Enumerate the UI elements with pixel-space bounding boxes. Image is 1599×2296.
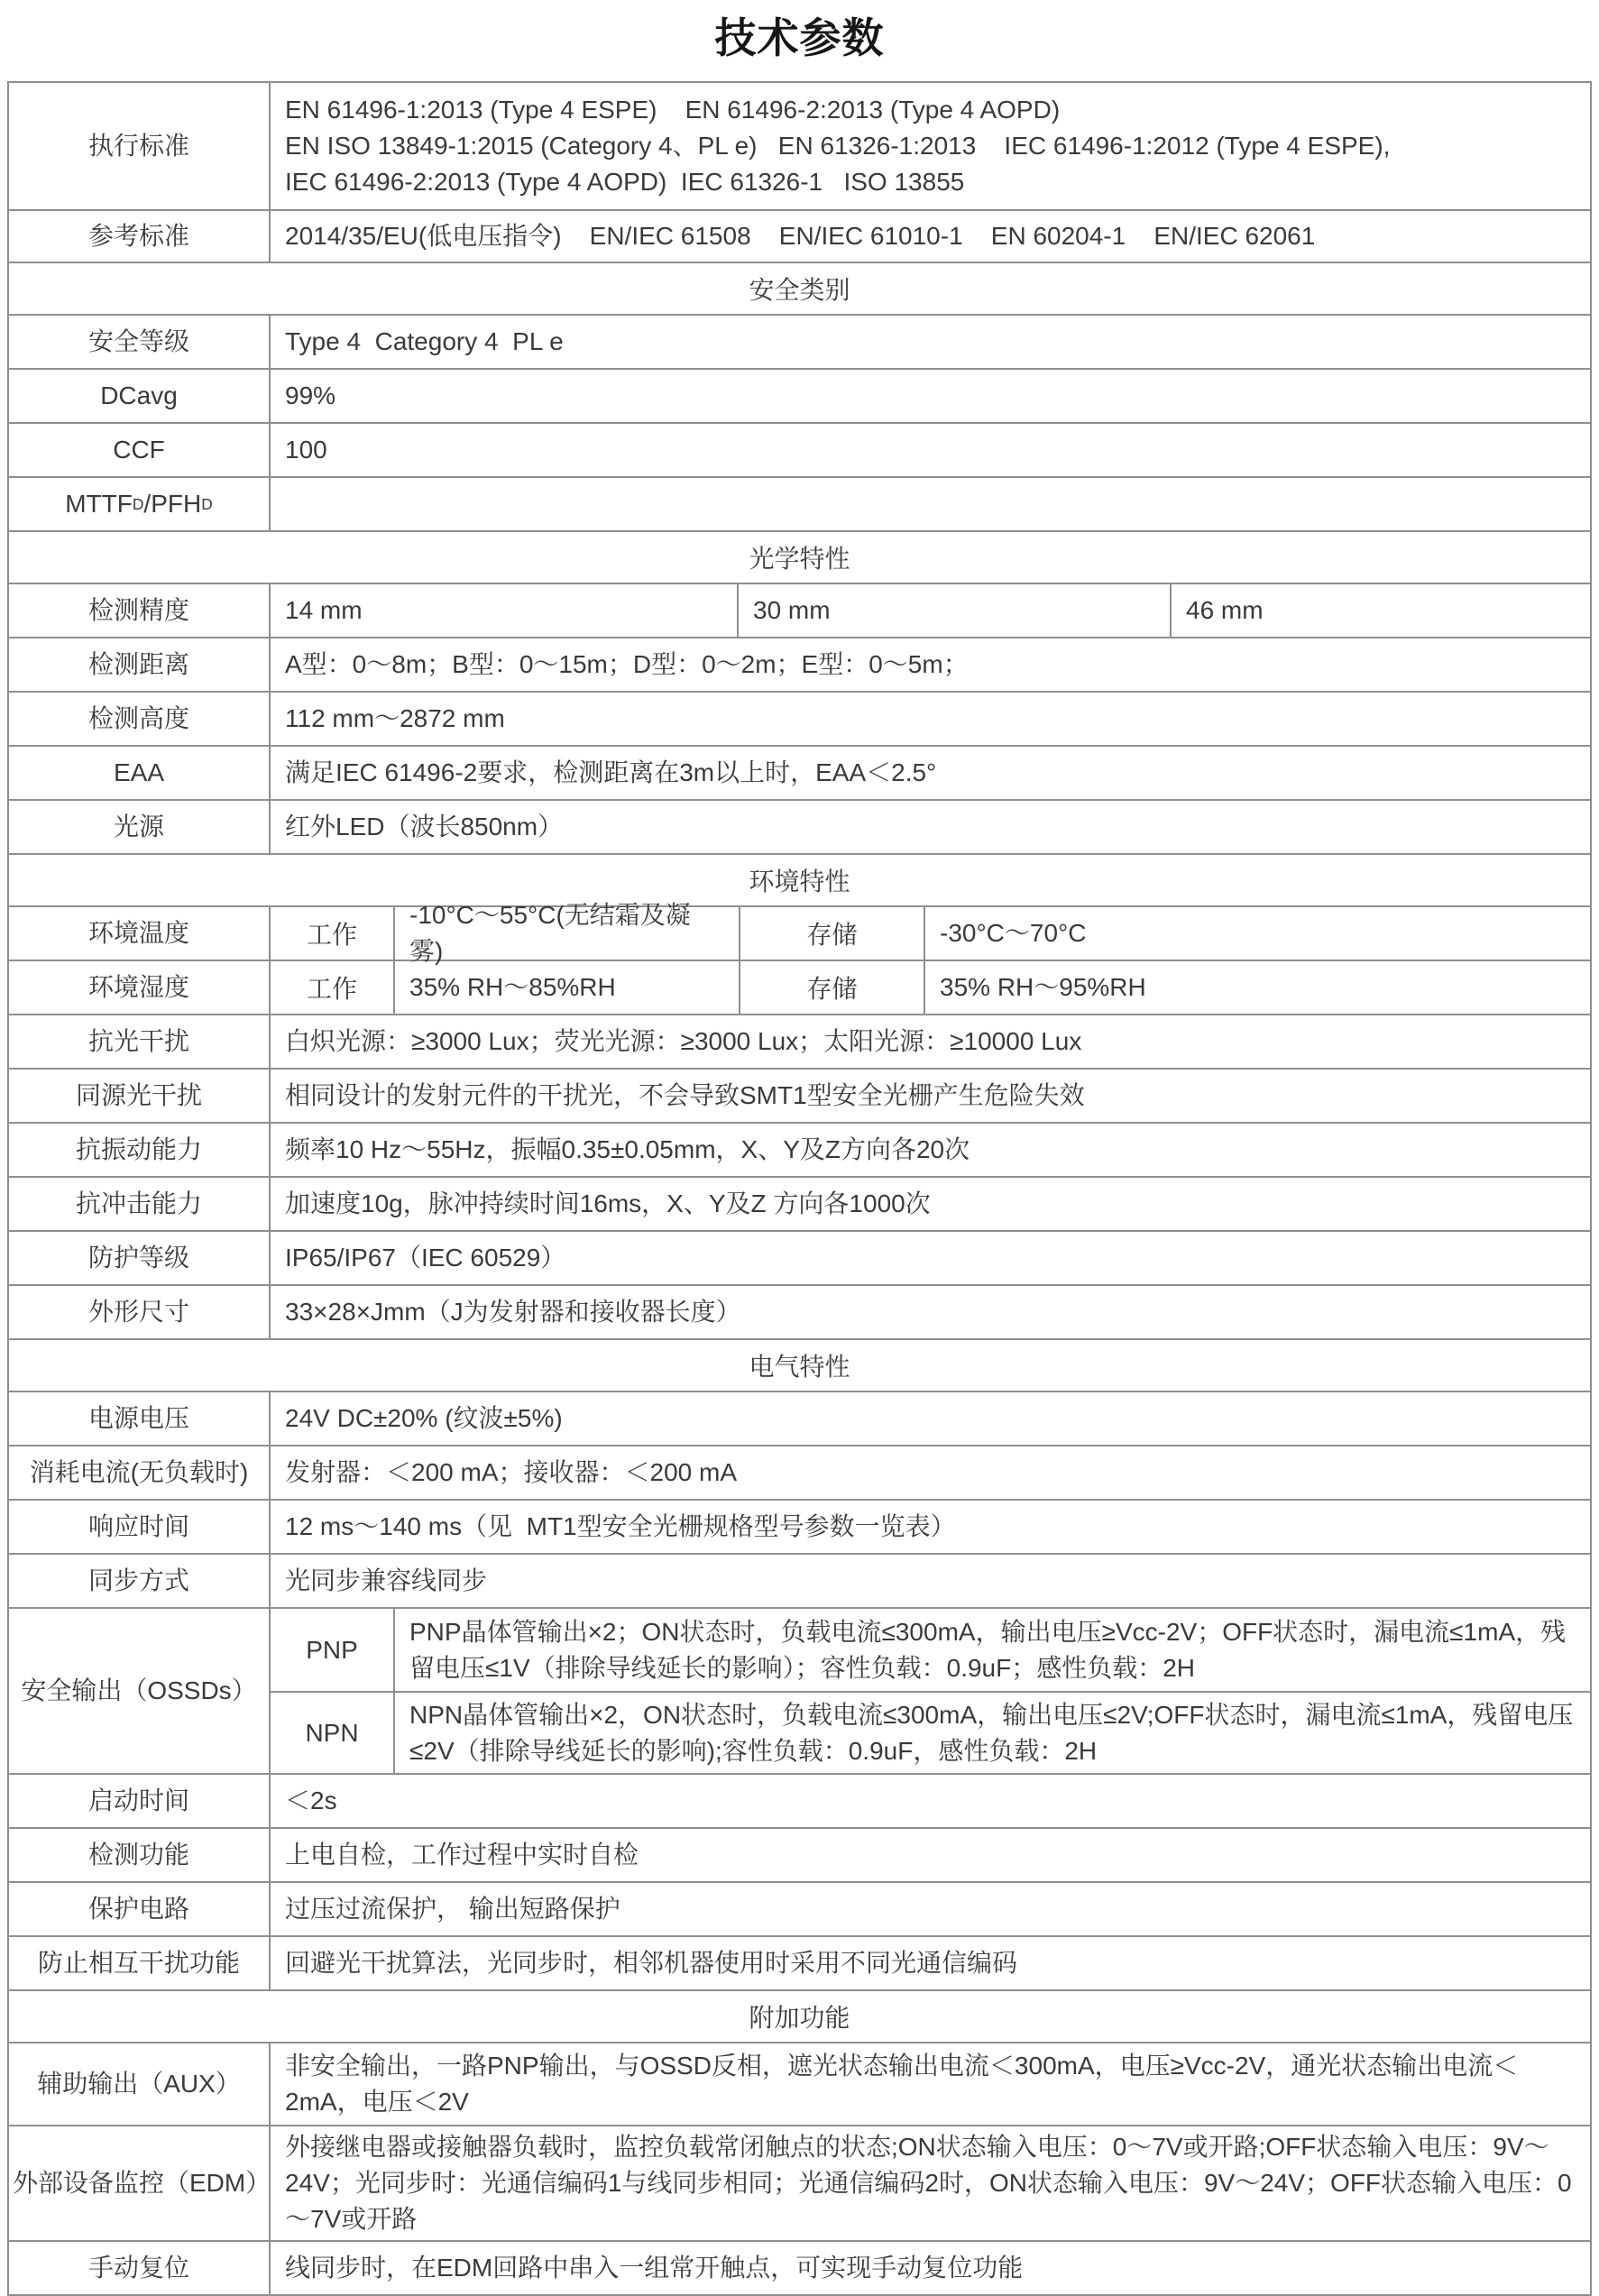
section-title: 光学特性 [9, 532, 1590, 583]
value-line: 24V DC±20% (纹波±5%) [285, 1401, 563, 1437]
value-line: A型：0～8m；B型：0～15m；D型：0～2m；E型：0～5m； [285, 647, 969, 683]
row-supply-voltage: 电源电压24V DC±20% (纹波±5%) [9, 1391, 1590, 1445]
section-title: 安全类别 [9, 263, 1590, 314]
row-safety-outputs: 安全输出（OSSDs）PNPPNP晶体管输出×2；ON状态时，负载电流≤300m… [9, 1607, 1590, 1773]
value-line: 过压过流保护， 输出短路保护 [285, 1891, 620, 1927]
value-line: 112 mm～2872 mm [285, 701, 505, 737]
row-value: 99% [271, 370, 1590, 422]
value-line: 红外LED（波长850nm） [285, 809, 563, 845]
row-value: 满足IEC 61496-2要求，检测距离在3m以上时，EAA＜2.5° [271, 747, 1590, 799]
value-line: 12 ms～140 ms（见 MT1型安全光栅规格型号参数一览表） [285, 1509, 956, 1545]
row-value: 回避光干扰算法，光同步时，相邻机器使用时采用不同光通信编码 [271, 1937, 1590, 1989]
row-label: 抗冲击能力 [9, 1178, 271, 1230]
subrow-value: PNP晶体管输出×2；ON状态时，负载电流≤300mA，输出电压≥Vcc-2V；… [395, 1609, 1590, 1691]
row-label: 安全等级 [9, 316, 271, 368]
row-value-storage: -30°C～70°C [925, 907, 1590, 960]
row-label: 保护电路 [9, 1883, 271, 1935]
value-line: 白炽光源：≥3000 Lux；荧光光源：≥3000 Lux；太阳光源：≥1000… [285, 1024, 1081, 1060]
value-line: 上电自检，工作过程中实时自检 [285, 1837, 639, 1873]
row-label: 检测高度 [9, 693, 271, 745]
row-mutual-interference-prevention: 防止相互干扰功能回避光干扰算法，光同步时，相邻机器使用时采用不同光通信编码 [9, 1935, 1590, 1989]
row-value: 100 [271, 424, 1590, 476]
row-reference-standards: 参考标准2014/35/EU(低电压指令) EN/IEC 61508 EN/IE… [9, 209, 1590, 262]
row-value: 频率10 Hz～55Hz，振幅0.35±0.05mm，X、Y及Z方向各20次 [271, 1124, 1590, 1176]
row-label: 辅助输出（AUX） [9, 2043, 271, 2125]
row-label: 光源 [9, 801, 271, 853]
row-protection-circuit: 保护电路过压过流保护， 输出短路保护 [9, 1881, 1590, 1935]
row-value: 过压过流保护， 输出短路保护 [271, 1883, 1590, 1935]
row-value: 非安全输出，一路PNP输出，与OSSD反相，遮光状态输出电流＜300mA，电压≥… [271, 2043, 1590, 2125]
section-title: 附加功能 [9, 1991, 1590, 2042]
row-value-work: 35% RH～85%RH [395, 961, 740, 1014]
spec-table: 执行标准EN 61496-1:2013 (Type 4 ESPE) EN 614… [7, 81, 1592, 2296]
row-label: 防止相互干扰功能 [9, 1937, 271, 1989]
row-value: IP65/IP67（IEC 60529） [271, 1232, 1590, 1284]
value-line: 加速度10g，脉冲持续时间16ms，X、Y及Z 方向各1000次 [285, 1186, 931, 1222]
row-label: 消耗电流(无负载时) [9, 1446, 271, 1499]
section-environment: 环境特性 [9, 853, 1590, 905]
row-label: 响应时间 [9, 1501, 271, 1553]
row-value: 外接继电器或接触器负载时，监控负载常闭触点的状态;ON状态输入电压：0～7V或开… [271, 2126, 1590, 2240]
row-label: 抗光干扰 [9, 1015, 271, 1068]
value-line: 发射器：＜200 mA；接收器：＜200 mA [285, 1455, 737, 1491]
row-value: 红外LED（波长850nm） [271, 801, 1590, 853]
value-line: 满足IEC 61496-2要求，检测距离在3m以上时，EAA＜2.5° [285, 755, 936, 791]
row-aux-output: 辅助输出（AUX）非安全输出，一路PNP输出，与OSSD反相，遮光状态输出电流＜… [9, 2042, 1590, 2125]
label-part: MTTF [65, 488, 133, 520]
value-line: 线同步时，在EDM回路中串入一组常开触点，可实现手动复位功能 [285, 2250, 1023, 2286]
row-label: 启动时间 [9, 1775, 271, 1827]
subrow-npn: NPNNPN晶体管输出×2，ON状态时，负载电流≤300mA，输出电压≤2V;O… [271, 1691, 1590, 1773]
row-ambient-humidity: 环境湿度工作35% RH～85%RH存储35% RH～95%RH [9, 960, 1590, 1014]
row-value: 发射器：＜200 mA；接收器：＜200 mA [271, 1446, 1590, 1499]
section-electrical: 电气特性 [9, 1338, 1590, 1391]
value-line: 33×28×Jmm（J为发射器和接收器长度） [285, 1294, 741, 1330]
row-light-source: 光源红外LED（波长850nm） [9, 799, 1590, 853]
row-value-col-1: 14 mm [271, 584, 739, 637]
row-label: 同源光干扰 [9, 1070, 271, 1122]
row-label: 抗振动能力 [9, 1124, 271, 1176]
row-detection-accuracy: 检测精度14 mm30 mm46 mm [9, 583, 1590, 637]
row-label: 安全输出（OSSDs） [9, 1609, 271, 1773]
subrow-value: NPN晶体管输出×2，ON状态时，负载电流≤300mA，输出电压≤2V;OFF状… [395, 1693, 1590, 1773]
row-value: 12 ms～140 ms（见 MT1型安全光栅规格型号参数一览表） [271, 1501, 1590, 1553]
row-label: 外部设备监控（EDM） [9, 2126, 271, 2240]
value-line: EN ISO 13849-1:2015 (Category 4、PL e) EN… [285, 128, 1390, 164]
row-shock-resistance: 抗冲击能力加速度10g，脉冲持续时间16ms，X、Y及Z 方向各1000次 [9, 1176, 1590, 1230]
value-line: ＜2s [285, 1783, 337, 1819]
row-value-work: -10°C～55°C(无结霜及凝雾) [395, 907, 740, 960]
subrow-pnp: PNPPNP晶体管输出×2；ON状态时，负载电流≤300mA，输出电压≥Vcc-… [271, 1609, 1590, 1691]
page-title: 技术参数 [0, 0, 1599, 65]
row-vibration-resistance: 抗振动能力频率10 Hz～55Hz，振幅0.35±0.05mm，X、Y及Z方向各… [9, 1122, 1590, 1176]
value-line: 外接继电器或接触器负载时，监控负载常闭触点的状态;ON状态输入电压：0～7V或开… [285, 2129, 1574, 2236]
row-label: DCavg [9, 370, 271, 422]
row-value: 33×28×Jmm（J为发射器和接收器长度） [271, 1286, 1590, 1338]
label-part: /PFH [143, 488, 201, 520]
row-value: 24V DC±20% (纹波±5%) [271, 1392, 1590, 1445]
row-label: 检测功能 [9, 1829, 271, 1881]
section-title: 环境特性 [9, 855, 1590, 905]
value-line: 相同设计的发射元件的干扰光，不会导致SMT1型安全光栅产生危险失效 [285, 1078, 1085, 1114]
row-response-time: 响应时间12 ms～140 ms（见 MT1型安全光栅规格型号参数一览表） [9, 1499, 1590, 1553]
subrow-label: NPN [271, 1693, 395, 1773]
row-sublabel-work: 工作 [271, 907, 395, 960]
row-label: EAA [9, 747, 271, 799]
row-sublabel-storage: 存储 [740, 907, 925, 960]
row-value: 112 mm～2872 mm [271, 693, 1590, 745]
row-label: 同步方式 [9, 1555, 271, 1607]
row-value-col-3: 46 mm [1172, 584, 1590, 637]
row-mttf-pfh: MTTFD /PFHD [9, 476, 1590, 530]
group-subrows: PNPPNP晶体管输出×2；ON状态时，负载电流≤300mA，输出电压≥Vcc-… [271, 1609, 1590, 1773]
row-executive-standards: 执行标准EN 61496-1:2013 (Type 4 ESPE) EN 614… [9, 83, 1590, 209]
row-value: A型：0～8m；B型：0～15m；D型：0～2m；E型：0～5m； [271, 638, 1590, 691]
row-value-storage: 35% RH～95%RH [925, 961, 1590, 1014]
row-label: 检测精度 [9, 584, 271, 637]
row-value: 加速度10g，脉冲持续时间16ms，X、Y及Z 方向各1000次 [271, 1178, 1590, 1230]
row-value: 上电自检，工作过程中实时自检 [271, 1829, 1590, 1881]
value-line: EN 61496-1:2013 (Type 4 ESPE) EN 61496-2… [285, 92, 1060, 128]
row-protection-rating: 防护等级IP65/IP67（IEC 60529） [9, 1230, 1590, 1284]
row-value [271, 478, 1590, 530]
row-label: 环境温度 [9, 907, 271, 960]
row-value: EN 61496-1:2013 (Type 4 ESPE) EN 61496-2… [271, 83, 1590, 209]
row-label: CCF [9, 424, 271, 476]
row-eaa: EAA满足IEC 61496-2要求，检测距离在3m以上时，EAA＜2.5° [9, 745, 1590, 799]
row-value: 2014/35/EU(低电压指令) EN/IEC 61508 EN/IEC 61… [271, 211, 1590, 262]
row-ambient-temperature: 环境温度工作-10°C～55°C(无结霜及凝雾)存储-30°C～70°C [9, 905, 1590, 960]
value-line: 回避光干扰算法，光同步时，相邻机器使用时采用不同光通信编码 [285, 1945, 1017, 1981]
section-safety-category: 安全类别 [9, 262, 1590, 314]
value-line: 100 [285, 432, 327, 468]
row-sublabel-storage: 存储 [740, 961, 925, 1014]
row-detection-height: 检测高度112 mm～2872 mm [9, 691, 1590, 745]
section-additional-functions: 附加功能 [9, 1989, 1590, 2042]
row-value: ＜2s [271, 1775, 1590, 1827]
row-sync-mode: 同步方式光同步兼容线同步 [9, 1553, 1590, 1607]
row-label: 检测距离 [9, 638, 271, 691]
row-value: 光同步兼容线同步 [271, 1555, 1590, 1607]
row-label: 执行标准 [9, 83, 271, 209]
value-line: IEC 61496-2:2013 (Type 4 AOPD) IEC 61326… [285, 164, 964, 200]
row-detection-distance: 检测距离A型：0～8m；B型：0～15m；D型：0～2m；E型：0～5m； [9, 637, 1590, 691]
row-label: 环境湿度 [9, 961, 271, 1014]
row-value: 线同步时，在EDM回路中串入一组常开触点，可实现手动复位功能 [271, 2242, 1590, 2294]
value-line: 光同步兼容线同步 [285, 1563, 487, 1599]
section-optical: 光学特性 [9, 530, 1590, 583]
row-startup-time: 启动时间＜2s [9, 1773, 1590, 1827]
row-label: 防护等级 [9, 1232, 271, 1284]
row-label: 手动复位 [9, 2242, 271, 2294]
section-title: 电气特性 [9, 1340, 1590, 1391]
row-value-col-2: 30 mm [739, 584, 1172, 637]
row-sublabel-work: 工作 [271, 961, 395, 1014]
row-ccf: CCF100 [9, 422, 1590, 476]
row-safety-level: 安全等级Type 4 Category 4 PL e [9, 314, 1590, 368]
value-line: Type 4 Category 4 PL e [285, 324, 564, 360]
row-value: Type 4 Category 4 PL e [271, 316, 1590, 368]
row-value: 相同设计的发射元件的干扰光，不会导致SMT1型安全光栅产生危险失效 [271, 1070, 1590, 1122]
value-line: 2014/35/EU(低电压指令) EN/IEC 61508 EN/IEC 61… [285, 218, 1315, 254]
row-value: 白炽光源：≥3000 Lux；荧光光源：≥3000 Lux；太阳光源：≥1000… [271, 1015, 1590, 1068]
row-edm: 外部设备监控（EDM）外接继电器或接触器负载时，监控负载常闭触点的状态;ON状态… [9, 2125, 1590, 2240]
subrow-label: PNP [271, 1609, 395, 1691]
row-dcavg: DCavg99% [9, 368, 1590, 422]
value-line: 非安全输出，一路PNP输出，与OSSD反相，遮光状态输出电流＜300mA，电压≥… [285, 2048, 1574, 2120]
row-label: MTTFD /PFHD [9, 478, 271, 530]
row-light-interference: 抗光干扰白炽光源：≥3000 Lux；荧光光源：≥3000 Lux；太阳光源：≥… [9, 1014, 1590, 1068]
row-manual-reset: 手动复位线同步时，在EDM回路中串入一组常开触点，可实现手动复位功能 [9, 2240, 1590, 2294]
row-label: 电源电压 [9, 1392, 271, 1445]
value-line: 99% [285, 378, 335, 414]
row-detection-function: 检测功能上电自检，工作过程中实时自检 [9, 1827, 1590, 1881]
row-same-source-interference: 同源光干扰相同设计的发射元件的干扰光，不会导致SMT1型安全光栅产生危险失效 [9, 1068, 1590, 1122]
row-label: 外形尺寸 [9, 1286, 271, 1338]
row-current-consumption: 消耗电流(无负载时)发射器：＜200 mA；接收器：＜200 mA [9, 1445, 1590, 1499]
value-line: 频率10 Hz～55Hz，振幅0.35±0.05mm，X、Y及Z方向各20次 [285, 1132, 970, 1168]
row-dimensions: 外形尺寸33×28×Jmm（J为发射器和接收器长度） [9, 1284, 1590, 1338]
value-line: IP65/IP67（IEC 60529） [285, 1240, 565, 1276]
row-label: 参考标准 [9, 211, 271, 262]
